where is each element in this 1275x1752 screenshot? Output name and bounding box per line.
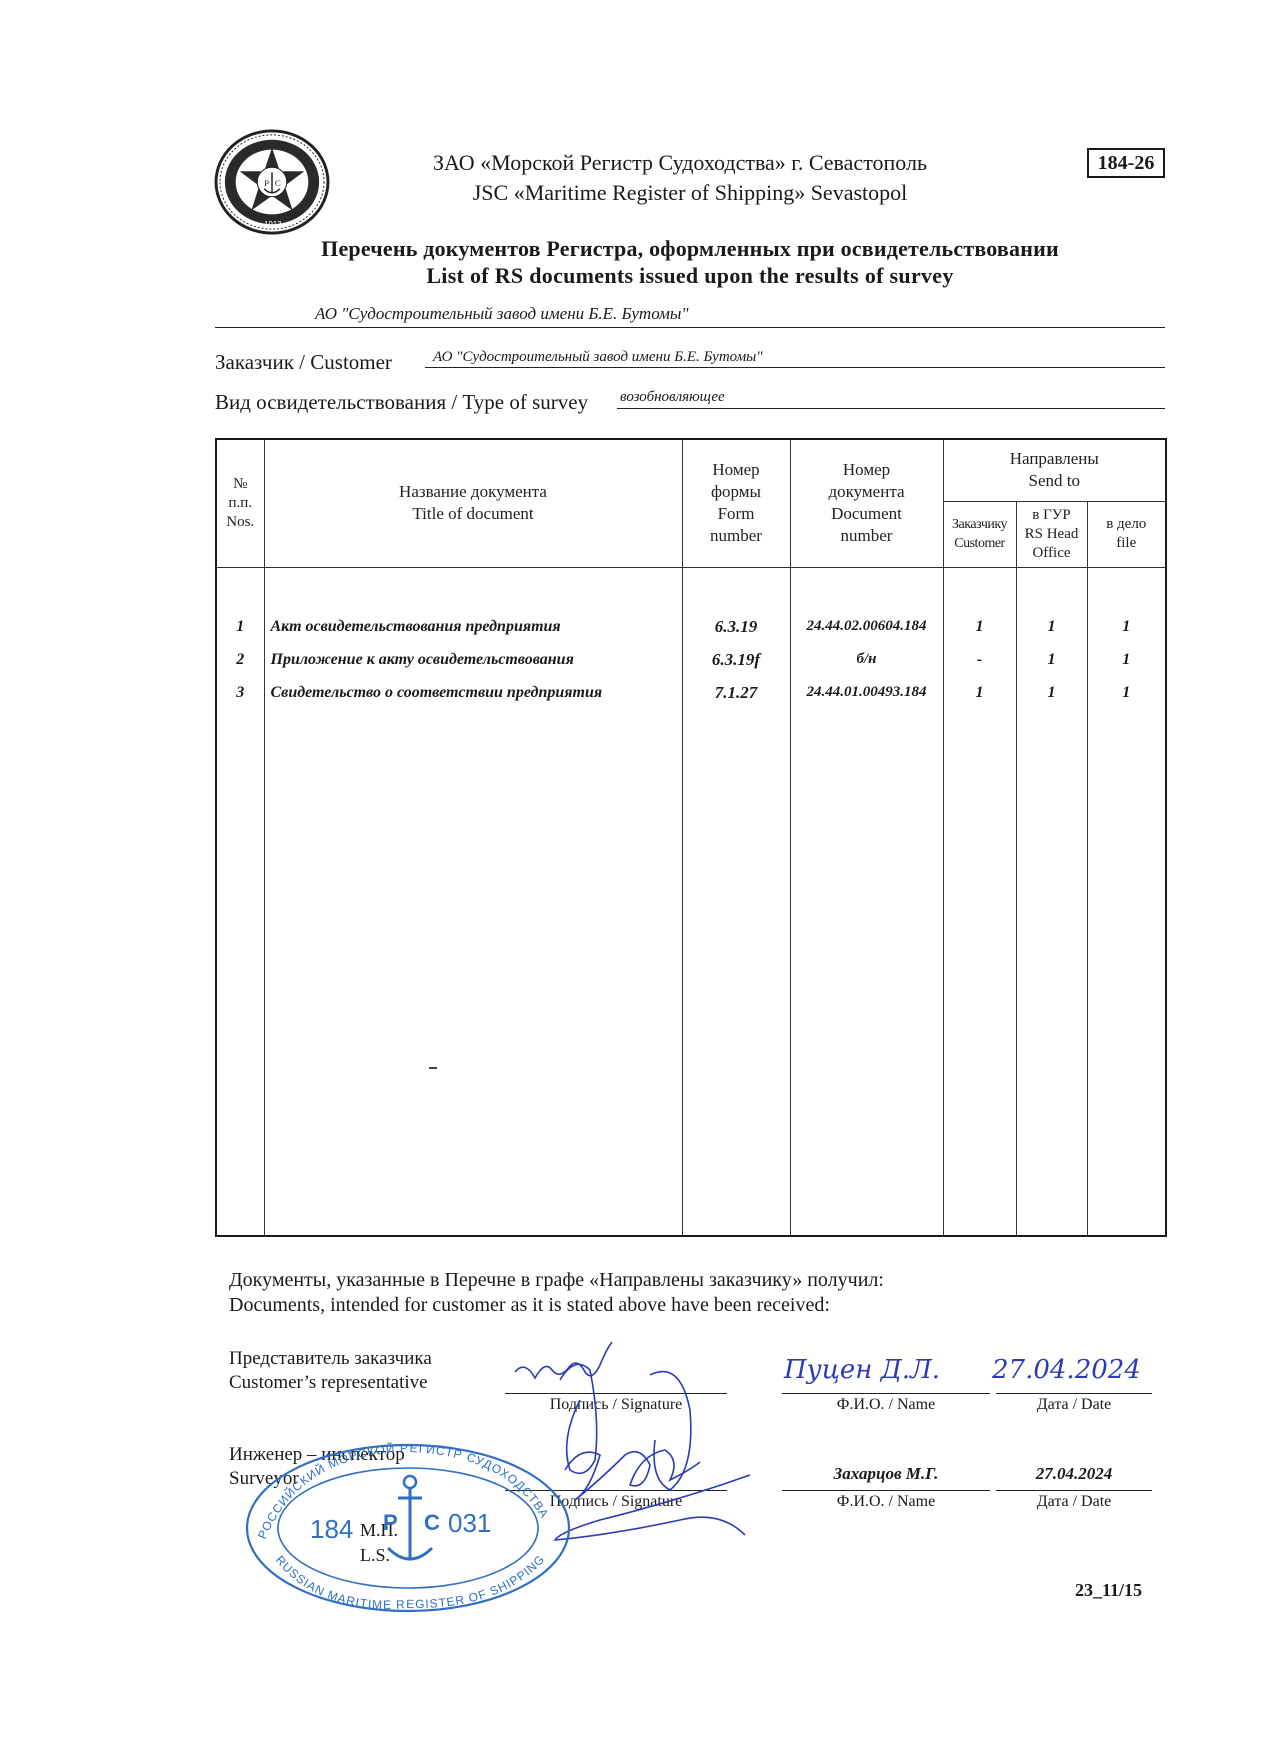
- header-title: Название документаTitle of document: [264, 439, 682, 567]
- form-code-badge: 184-26: [1087, 148, 1165, 178]
- customer-rep-label-en: Customer’s representative: [229, 1371, 428, 1395]
- survey-type-label: Вид освидетельствования / Type of survey: [215, 390, 588, 415]
- customer-name-handwritten: Пуцен Д.Л.: [784, 1355, 940, 1385]
- organization-name-ru: ЗАО «Морской Регистр Судоходства» г. Сев…: [380, 150, 980, 176]
- row-numbers: 1 2 3: [216, 567, 264, 709]
- header-form-number: НомерформыFormnumber: [682, 439, 790, 567]
- header-file: в делоfile: [1087, 501, 1166, 567]
- surveyor-date: 27.04.2024: [996, 1464, 1152, 1484]
- table-row-title: Приложение к акту освидетельствования: [271, 643, 682, 676]
- organization-name-en: JSC «Maritime Register of Shipping» Seva…: [380, 180, 1000, 206]
- survey-type-underline: [617, 408, 1165, 409]
- surveyor-date-caption: Дата / Date: [996, 1493, 1152, 1511]
- header-document-number: НомердокументаDocumentnumber: [790, 439, 943, 567]
- surveyor-name-caption: Ф.И.О. / Name: [782, 1493, 990, 1511]
- surveyor-label-en: Surveyor: [229, 1467, 299, 1491]
- svg-text:RUSSIAN MARITIME REGISTER OF S: RUSSIAN MARITIME REGISTER OF SHIPPING: [273, 1552, 548, 1612]
- svg-text:031: 031: [448, 1508, 491, 1538]
- row-document-numbers: 24.44.02.00604.184 б/н 24.44.01.00493.18…: [790, 567, 943, 709]
- seal-place-ru: М.П.: [360, 1520, 398, 1541]
- customer-rep-label-ru: Представитель заказчика: [229, 1347, 432, 1371]
- customer-date-line: [996, 1393, 1152, 1394]
- surveyor-signature-line: [505, 1490, 727, 1491]
- row-titles: Акт освидетельствования предприятия Прил…: [264, 567, 682, 709]
- documents-table: №п.п.Nos. Название документаTitle of doc…: [215, 438, 1167, 1237]
- svg-text:184: 184: [310, 1514, 353, 1544]
- customer-signature-caption: Подпись / Signature: [505, 1396, 727, 1414]
- row-sent-head-office: 1 1 1: [1016, 567, 1087, 709]
- enterprise-underline: [215, 327, 1165, 328]
- document-title-ru: Перечень документов Регистра, оформленны…: [200, 236, 1180, 262]
- surveyor-label-ru: Инженер – инспектор: [229, 1443, 405, 1467]
- header-head-office: в ГУРRS HeadOffice: [1016, 501, 1087, 567]
- customer-name-caption: Ф.И.О. / Name: [782, 1396, 990, 1414]
- surveyor-date-line: [996, 1490, 1152, 1491]
- customer-name-line: [782, 1393, 990, 1394]
- row-form-numbers: 6.3.19 6.3.19f 7.1.27: [682, 567, 790, 709]
- table-row-title: Свидетельство о соответствии предприятия: [271, 676, 682, 709]
- svg-text:Р: Р: [264, 178, 269, 188]
- svg-text:С: С: [424, 1510, 440, 1535]
- document-title-en: List of RS documents issued upon the res…: [200, 263, 1180, 289]
- stray-mark: [429, 1067, 437, 1069]
- header-nos: №п.п.Nos.: [216, 439, 264, 567]
- surveyor-signature-caption: Подпись / Signature: [505, 1493, 727, 1511]
- surveyor-name: Захарцов М.Г.: [782, 1464, 990, 1484]
- row-sent-file: 1 1 1: [1087, 567, 1166, 709]
- svg-text:С: С: [275, 178, 281, 188]
- header-customer: ЗаказчикуCustomer: [943, 501, 1016, 567]
- receipt-statement-en: Documents, intended for customer as it i…: [229, 1293, 830, 1317]
- survey-type-value: возобновляющее: [620, 389, 725, 406]
- customer-date-caption: Дата / Date: [996, 1396, 1152, 1414]
- customer-signature-line: [505, 1393, 727, 1394]
- receipt-statement-ru: Документы, указанные в Перечне в графе «…: [229, 1268, 884, 1292]
- enterprise-name: АО "Судостроительный завод имени Б.Е. Бу…: [315, 304, 689, 324]
- header-send-to: НаправленыSend to: [943, 439, 1166, 501]
- row-sent-customer: 1 - 1: [943, 567, 1016, 709]
- customer-value: АО "Судостроительный завод имени Б.Е. Бу…: [433, 349, 763, 366]
- surveyor-name-line: [782, 1490, 990, 1491]
- page-code: 23_11/15: [1075, 1580, 1142, 1601]
- seal-place-en: L.S.: [360, 1545, 390, 1566]
- customer-underline: [425, 367, 1165, 368]
- table-row-title: Акт освидетельствования предприятия: [271, 610, 682, 643]
- customer-date-handwritten: 27.04.2024: [992, 1355, 1141, 1385]
- customer-signature-icon: [515, 1342, 691, 1490]
- customer-label: Заказчик / Customer: [215, 350, 392, 375]
- rs-logo-icon: Р С 1913: [213, 128, 331, 236]
- svg-text:1913: 1913: [264, 220, 282, 229]
